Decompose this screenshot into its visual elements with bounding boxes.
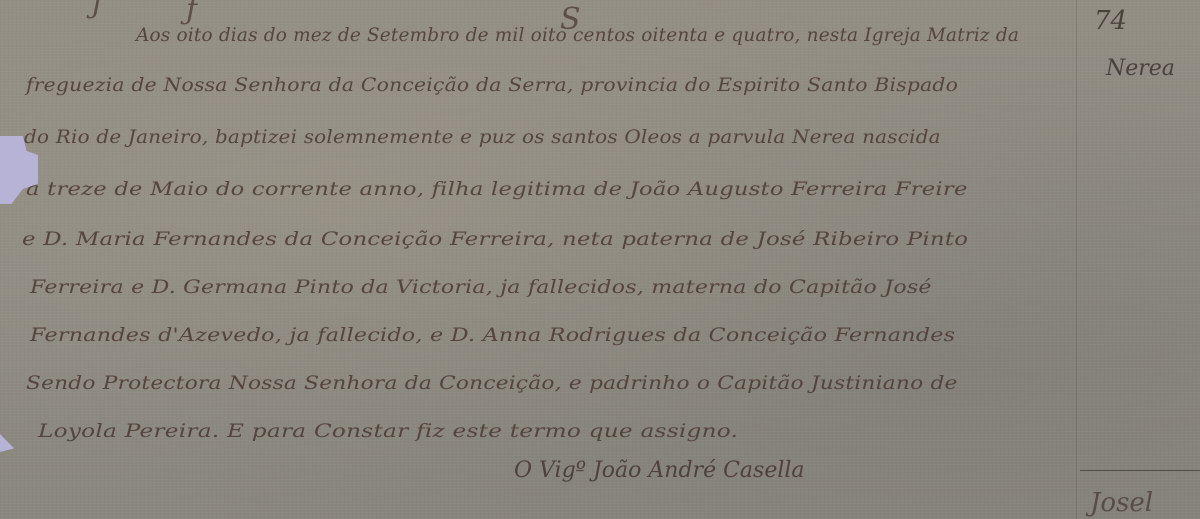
margin-name: Nerea [1106,56,1175,81]
record-line-7: Fernandes d'Azevedo, ja fallecido, e D. … [30,324,955,346]
margin-line [1076,0,1077,519]
record-line-2: freguezia de Nossa Senhora da Conceição … [26,74,958,96]
priest-signature: O Vigº João André Casella [514,458,805,483]
next-entry-fragment: Josel [1090,488,1153,518]
entry-number: 74 [1094,6,1127,36]
record-line-8: Sendo Protectora Nossa Senhora da Concei… [26,372,958,394]
record-line-3: do Rio de Janeiro, baptizei solemnemente… [24,126,941,148]
record-line-6: Ferreira e D. Germana Pinto da Victoria,… [30,276,932,298]
entry-separator-line [1080,470,1200,471]
record-line-5: e D. Maria Fernandes da Conceição Ferrei… [22,228,968,250]
document-page: ƒ ƒ S 74 Nerea Aos oito dias do mez de S… [0,0,1200,519]
record-line-1: Aos oito dias do mez de Setembro de mil … [136,24,1019,46]
torn-paper-edge-lower [0,434,14,452]
record-line-4: a treze de Maio do corrente anno, filha … [26,178,968,200]
record-line-9: Loyola Pereira. E para Constar fiz este … [38,420,738,442]
previous-entry-fragment: ƒ [92,0,103,21]
previous-entry-fragment: ƒ [186,0,197,27]
